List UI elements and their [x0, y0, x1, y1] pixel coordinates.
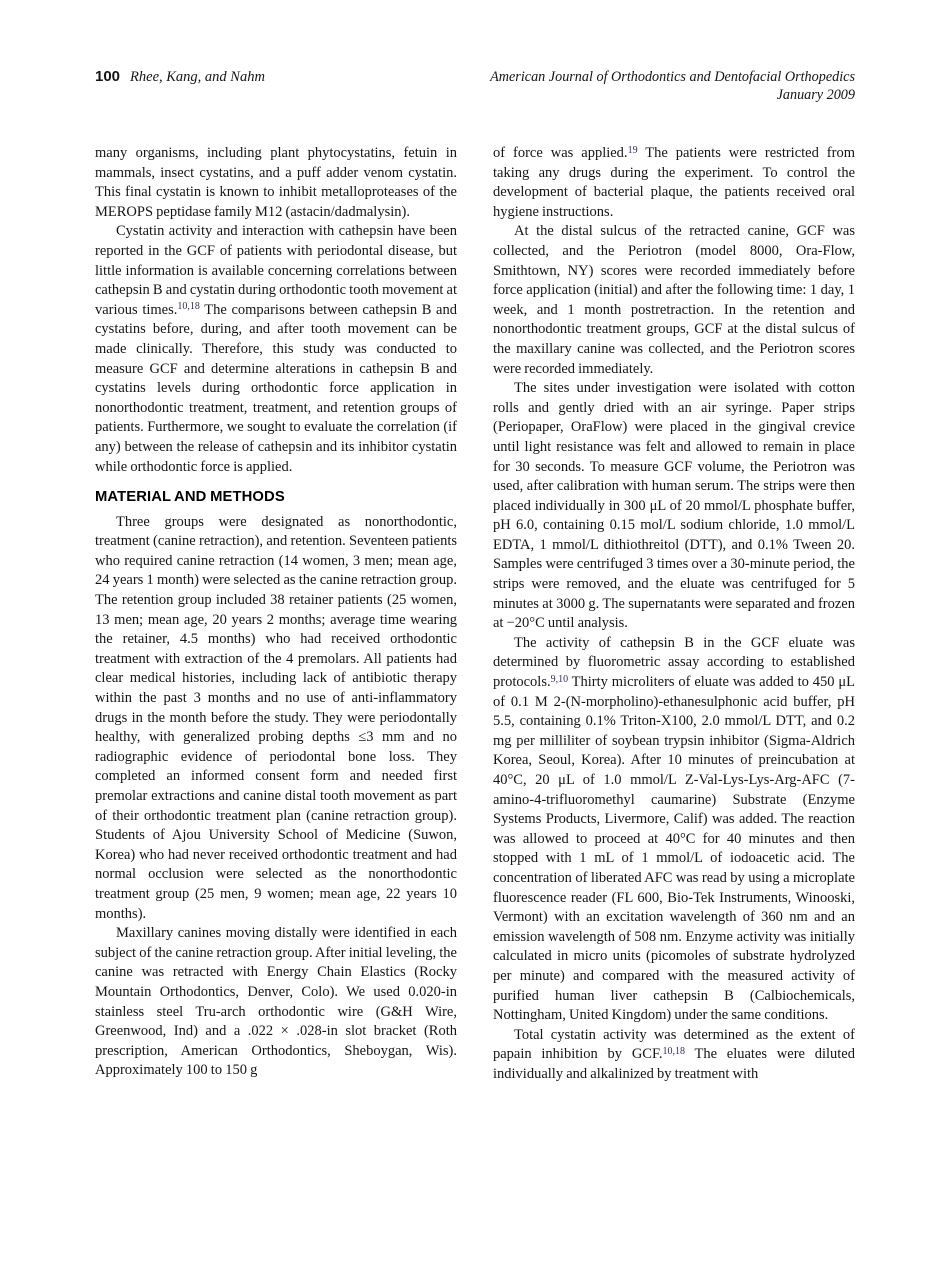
issue-date: January 2009	[490, 86, 855, 104]
page-number: 100	[95, 68, 120, 85]
running-header-right: American Journal of Orthodontics and Den…	[490, 68, 855, 104]
journal-page: 100Rhee, Kang, and Nahm American Journal…	[0, 0, 950, 1272]
running-header: 100Rhee, Kang, and Nahm American Journal…	[95, 68, 855, 104]
paragraph: Three groups were designated as nonortho…	[95, 513, 457, 924]
reference-citation[interactable]: 10,18	[177, 301, 200, 312]
running-authors: Rhee, Kang, and Nahm	[130, 69, 265, 85]
paragraph: Total cystatin activity was determined a…	[493, 1026, 855, 1085]
reference-citation[interactable]: 9,10	[551, 674, 569, 685]
article-body: many organisms, including plant phytocys…	[95, 144, 855, 1085]
paragraph: Maxillary canines moving distally were i…	[95, 924, 457, 1081]
reference-citation[interactable]: 10,18	[662, 1046, 685, 1057]
section-heading: MATERIAL AND METHODS	[95, 488, 457, 508]
paragraph: Cystatin activity and interaction with c…	[95, 222, 457, 477]
column-left: many organisms, including plant phytocys…	[95, 144, 457, 1085]
paragraph: many organisms, including plant phytocys…	[95, 144, 457, 222]
running-header-left: 100Rhee, Kang, and Nahm	[95, 68, 265, 86]
paragraph: of force was applied.19 The patients wer…	[493, 144, 855, 222]
paragraph: At the distal sulcus of the retracted ca…	[493, 222, 855, 379]
paragraph: The activity of cathepsin B in the GCF e…	[493, 634, 855, 1026]
column-right: of force was applied.19 The patients wer…	[493, 144, 855, 1085]
reference-citation[interactable]: 19	[628, 145, 638, 156]
paragraph: The sites under investigation were isola…	[493, 379, 855, 634]
journal-title: American Journal of Orthodontics and Den…	[490, 68, 855, 86]
